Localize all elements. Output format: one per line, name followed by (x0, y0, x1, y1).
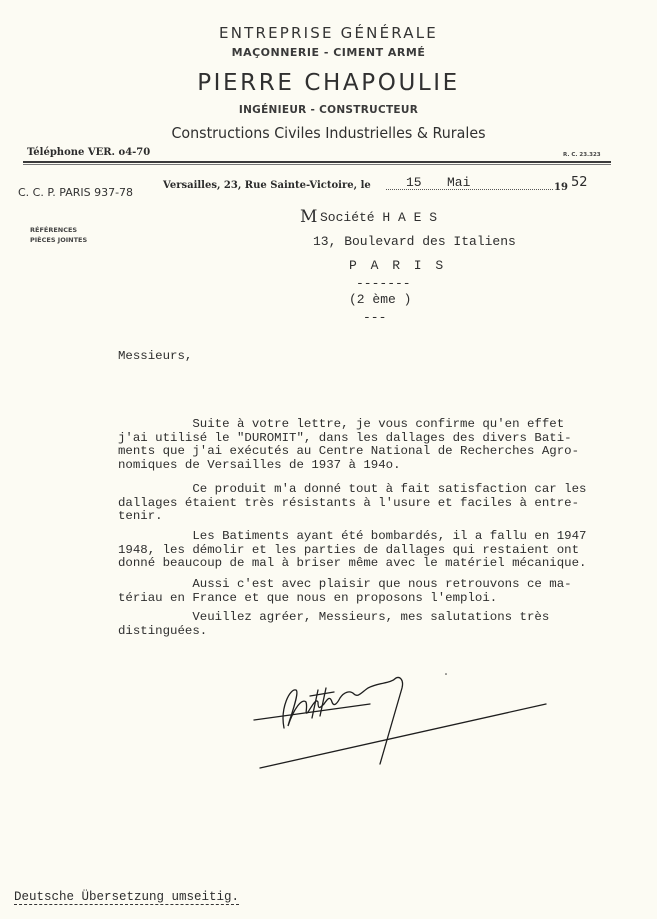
letter-paragraph: Les Batiments ayant été bombardés, il a … (118, 530, 657, 571)
recipient-separator: ------- (356, 276, 411, 291)
date-day: 15 (406, 175, 422, 190)
telephone: Téléphone VER. o4-70 (27, 147, 150, 158)
rc-number: R. C. 23.323 (563, 152, 601, 158)
company-services: Constructions Civiles Industrielles & Ru… (26, 124, 630, 142)
date-month: Mai (447, 175, 470, 190)
letter-paragraph: Aussi c'est avec plaisir que nous retrou… (118, 578, 657, 605)
recipient-city: P A R I S (349, 258, 446, 273)
recipient-arrondissement: (2 ème ) (349, 292, 411, 307)
recipient-separator-short: --- (363, 310, 386, 325)
letter-closing: Veuillez agréer, Messieurs, mes salutati… (118, 611, 657, 638)
letterhead-rule (23, 161, 611, 163)
translation-note: Deutsche Übersetzung umseitig. (14, 890, 239, 905)
references-label: RÉFÉRENCES (30, 225, 87, 235)
year-prefix: 19 (554, 182, 568, 193)
company-type: Entreprise Générale (0, 24, 657, 42)
ccp-account: C. C. P. PARIS 937-78 (18, 186, 133, 199)
company-name: PIERRE CHAPOULIE (0, 70, 657, 96)
company-trades: MAÇONNERIE - CIMENT ARMÉ (0, 46, 657, 59)
recipient-street: 13, Boulevard des Italiens (313, 234, 516, 249)
recipient-name: Société H A E S (320, 210, 437, 225)
sender-address: Versailles, 23, Rue Sainte-Victoire, le (163, 180, 371, 191)
recipient-salutation: M (300, 207, 317, 227)
year-suffix: 52 (571, 175, 588, 190)
letterhead-rule-thin (23, 164, 611, 165)
letter-paragraph: Suite à votre lettre, je vous confirme q… (118, 418, 657, 472)
letter-salutation: Messieurs, (118, 350, 657, 364)
letter-page: Entreprise Générale MAÇONNERIE - CIMENT … (0, 0, 657, 919)
references-block: RÉFÉRENCES PIÈCES JOINTES (30, 225, 87, 245)
attachments-label: PIÈCES JOINTES (30, 235, 87, 245)
signature-icon (250, 668, 570, 778)
company-title: INGÉNIEUR - CONSTRUCTEUR (0, 104, 657, 116)
letter-paragraph: Ce produit m'a donné tout à fait satisfa… (118, 483, 657, 524)
